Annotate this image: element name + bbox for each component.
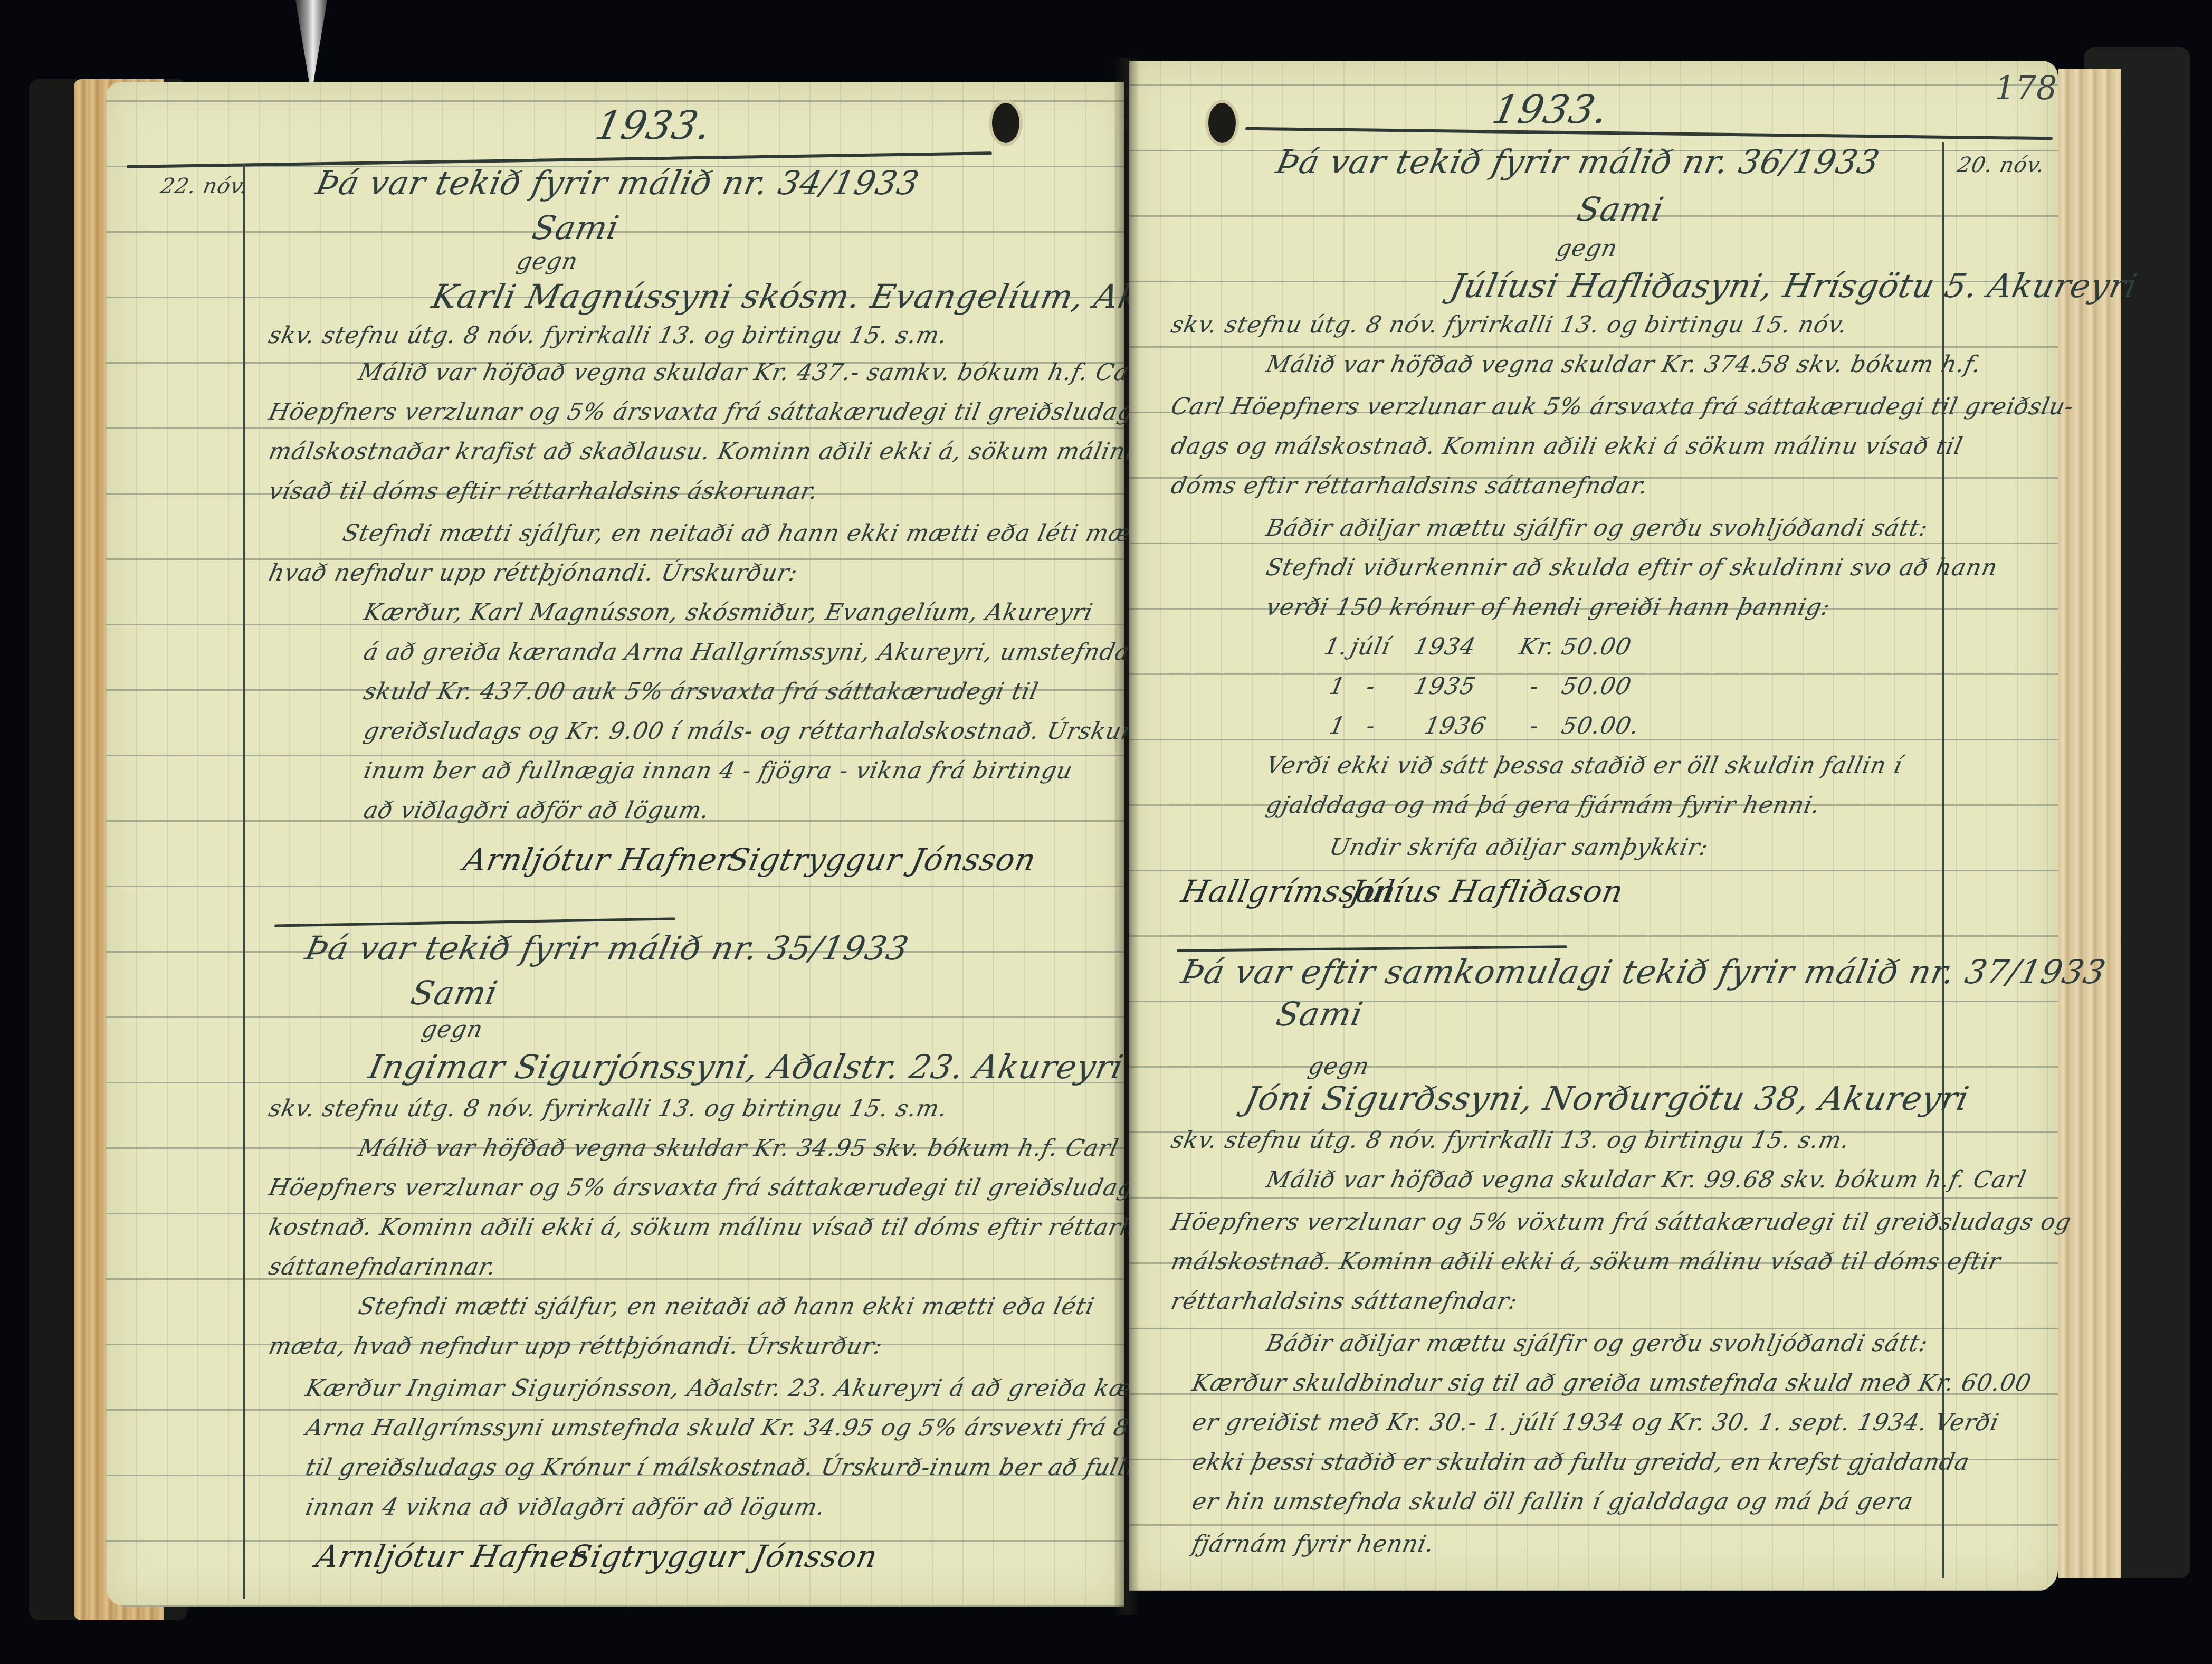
installment-amount: 50.00.: [1559, 712, 1642, 739]
case-37-line: er hin umstefnda skuld öll fallin í gjal…: [1190, 1488, 1916, 1515]
case-37-versus: gegn: [1306, 1053, 1372, 1080]
case-34-line: Stefndi mætti sjálfur, en neitaði að han…: [340, 520, 1158, 547]
case-36-party-2: Júlíusi Hafliðasyni, Hrísgötu 5. Akureyr…: [1447, 267, 2141, 305]
installment-month: júlí: [1348, 633, 1393, 660]
installment-amount: 50.00: [1559, 633, 1634, 660]
case-36-line: Carl Höepfners verzlunar auk 5% ársvaxta…: [1169, 393, 2076, 420]
pen-knife-tip: [295, 0, 327, 95]
case-34-verdict: Kærður, Karl Magnússon, skósmiður, Evang…: [361, 599, 1095, 626]
case-37-line: Báðir aðiljar mættu sjálfir og gerðu svo…: [1264, 1330, 1931, 1357]
case-35-signature-witness: Sigtryggur Jónsson: [566, 1538, 881, 1574]
case-34-party-1: Sami: [529, 208, 623, 247]
case-34-verdict: inum ber að fullnægja innan 4 - fjögra -…: [361, 757, 1075, 784]
case-37-line: Kærður skuldbindur sig til að greiða ums…: [1190, 1370, 2034, 1396]
case-37-line: skv. stefnu útg. 8 nóv. fyrirkalli 13. o…: [1169, 1127, 1853, 1154]
case-35-party-1: Sami: [407, 974, 501, 1012]
year-heading-right: 1933.: [1489, 87, 1613, 132]
installment-year: 1934: [1412, 633, 1479, 660]
case-35-line: Málið var höfðað vegna skuldar Kr. 34.95…: [356, 1135, 1121, 1162]
case-37-line: ekki þessi staðið er skuldin að fullu gr…: [1190, 1449, 1972, 1476]
case-37-line: Höepfners verzlunar og 5% vöxtum frá sát…: [1169, 1209, 2074, 1235]
case-36-line: dags og málskostnað. Kominn aðili ekki á…: [1169, 433, 1966, 460]
case-36-closing: Verði ekki við sátt þessa staðið er öll …: [1264, 752, 1905, 779]
margin-rule-left: [243, 164, 245, 1599]
case-34-verdict: skuld Kr. 437.00 auk 5% ársvaxta frá sát…: [361, 678, 1041, 705]
case-35-line: Stefndi mætti sjálfur, en neitaði að han…: [356, 1293, 1097, 1320]
case-34-verdict: greiðsludags og Kr. 9.00 í máls- og rétt…: [361, 718, 1159, 745]
book-gutter: [1113, 58, 1140, 1615]
case-35-line: kostnað. Kominn aðili ekki á, sökum máli…: [266, 1214, 1189, 1241]
binder-hole-left: [992, 103, 1019, 143]
case-37-line: réttarhaldsins sáttanefndar:: [1169, 1288, 1521, 1315]
case-34-versus: gegn: [514, 248, 581, 275]
case-37-line: er greiðist með Kr. 30.- 1. júlí 1934 og…: [1190, 1409, 2002, 1436]
case-37-line: fjárnám fyrir henni.: [1190, 1530, 1437, 1557]
case-35-verdict: Kærður Ingimar Sigurjónsson, Aðalstr. 23…: [303, 1375, 1206, 1402]
case-36-line: skv. stefnu útg. 8 nóv. fyrirkalli 13. o…: [1169, 311, 1851, 338]
case-34-line: hvað nefndur upp réttþjónandi. Úrskurður…: [266, 559, 800, 586]
case-36-closing: gjalddaga og má þá gera fjárnám fyrir he…: [1264, 792, 1823, 819]
installment-currency: Kr.: [1517, 633, 1558, 660]
case-35-line: mæta, hvað nefndur upp réttþjónandi. Úrs…: [266, 1333, 885, 1359]
case-34-heading: Þá var tekið fyrir málið nr. 34/1933: [312, 164, 922, 202]
case-37-party-2: Jóni Sigurðssyni, Norðurgötu 38, Akureyr…: [1241, 1079, 1972, 1118]
case-35-verdict: til greiðsludags og Krónur í málskostnað…: [303, 1454, 1205, 1481]
installment-amount: 50.00: [1559, 673, 1634, 700]
case-36-signature-defendant: Júlíus Hafliðason: [1347, 873, 1627, 909]
case-35-line: skv. stefnu útg. 8 nóv. fyrirkalli 13. o…: [266, 1095, 950, 1122]
case-34-line: málskostnaðar krafist að skaðlausu. Komi…: [266, 438, 1144, 465]
case-37-heading: Þá var eftir samkomulagi tekið fyrir mál…: [1178, 953, 2109, 991]
case-36-heading: Þá var tekið fyrir málið nr. 36/1933: [1273, 142, 1883, 181]
case-35-line: Höepfners verzlunar og 5% ársvaxta frá s…: [266, 1174, 1260, 1201]
installment-year: 1936: [1422, 712, 1489, 739]
case-34-line: Málið var höfðað vegna skuldar Kr. 437.-…: [356, 359, 1151, 386]
case-36-closing: Undir skrifa aðiljar samþykkir:: [1327, 834, 1711, 861]
case-37-line: málskostnað. Kominn aðili ekki á, sökum …: [1169, 1248, 2004, 1275]
case-35-party-2: Ingimar Sigurjónssyni, Aðalstr. 23. Akur…: [365, 1048, 1127, 1086]
case-35-verdict: Arna Hallgrímssyni umstefnda skuld Kr. 3…: [303, 1414, 1189, 1441]
case-36-line: verði 150 krónur of hendi greiði hann þa…: [1264, 594, 1833, 621]
installment-year: 1935: [1412, 673, 1479, 700]
case-37-line: Málið var höfðað vegna skuldar Kr. 99.68…: [1264, 1166, 2029, 1193]
case-35-versus: gegn: [419, 1016, 486, 1043]
page-number: 178: [1995, 69, 2057, 107]
margin-date-left: 22. nóv.: [158, 174, 251, 198]
case-34-line: skv. stefnu útg. 8 nóv. fyrirkalli 13. o…: [266, 322, 950, 349]
case-36-line: dóms eftir réttarhaldsins sáttanefndar.: [1169, 472, 1651, 499]
case-34-verdict: að viðlagðri aðför að lögum.: [361, 797, 712, 824]
case-36-line: Báðir aðiljar mættu sjálfir og gerðu svo…: [1264, 515, 1931, 541]
margin-date-right: 20. nóv.: [1955, 153, 2047, 177]
case-34-line: vísað til dóms eftir réttarhaldsins ásko…: [266, 478, 821, 505]
case-36-versus: gegn: [1554, 235, 1620, 262]
case-34-line: Höepfners verzlunar og 5% ársvaxta frá s…: [266, 398, 1187, 425]
case-36-line: Málið var höfðað vegna skuldar Kr. 374.5…: [1264, 351, 1984, 378]
case-35-signature-judge: Arnljótur Hafner: [313, 1538, 588, 1574]
case-36-party-1: Sami: [1574, 190, 1667, 229]
case-34-signature-witness: Sigtryggur Jónsson: [724, 842, 1040, 878]
year-heading-left: 1933.: [592, 103, 716, 148]
case-34-verdict: á að greiða kæranda Arna Hallgrímssyni, …: [361, 639, 1132, 665]
case-34-signature-judge: Arnljótur Hafner: [461, 842, 736, 878]
case-35-heading: Þá var tekið fyrir málið nr. 35/1933: [302, 929, 912, 967]
case-35-verdict: innan 4 vikna að viðlagðri aðför að lögu…: [303, 1494, 828, 1520]
case-37-party-1: Sami: [1273, 995, 1367, 1033]
case-35-line: sáttanefndarinnar.: [266, 1253, 499, 1280]
binder-hole-right: [1208, 103, 1236, 143]
case-36-line: Stefndi viðurkennir að skulda eftir of s…: [1264, 554, 2000, 581]
